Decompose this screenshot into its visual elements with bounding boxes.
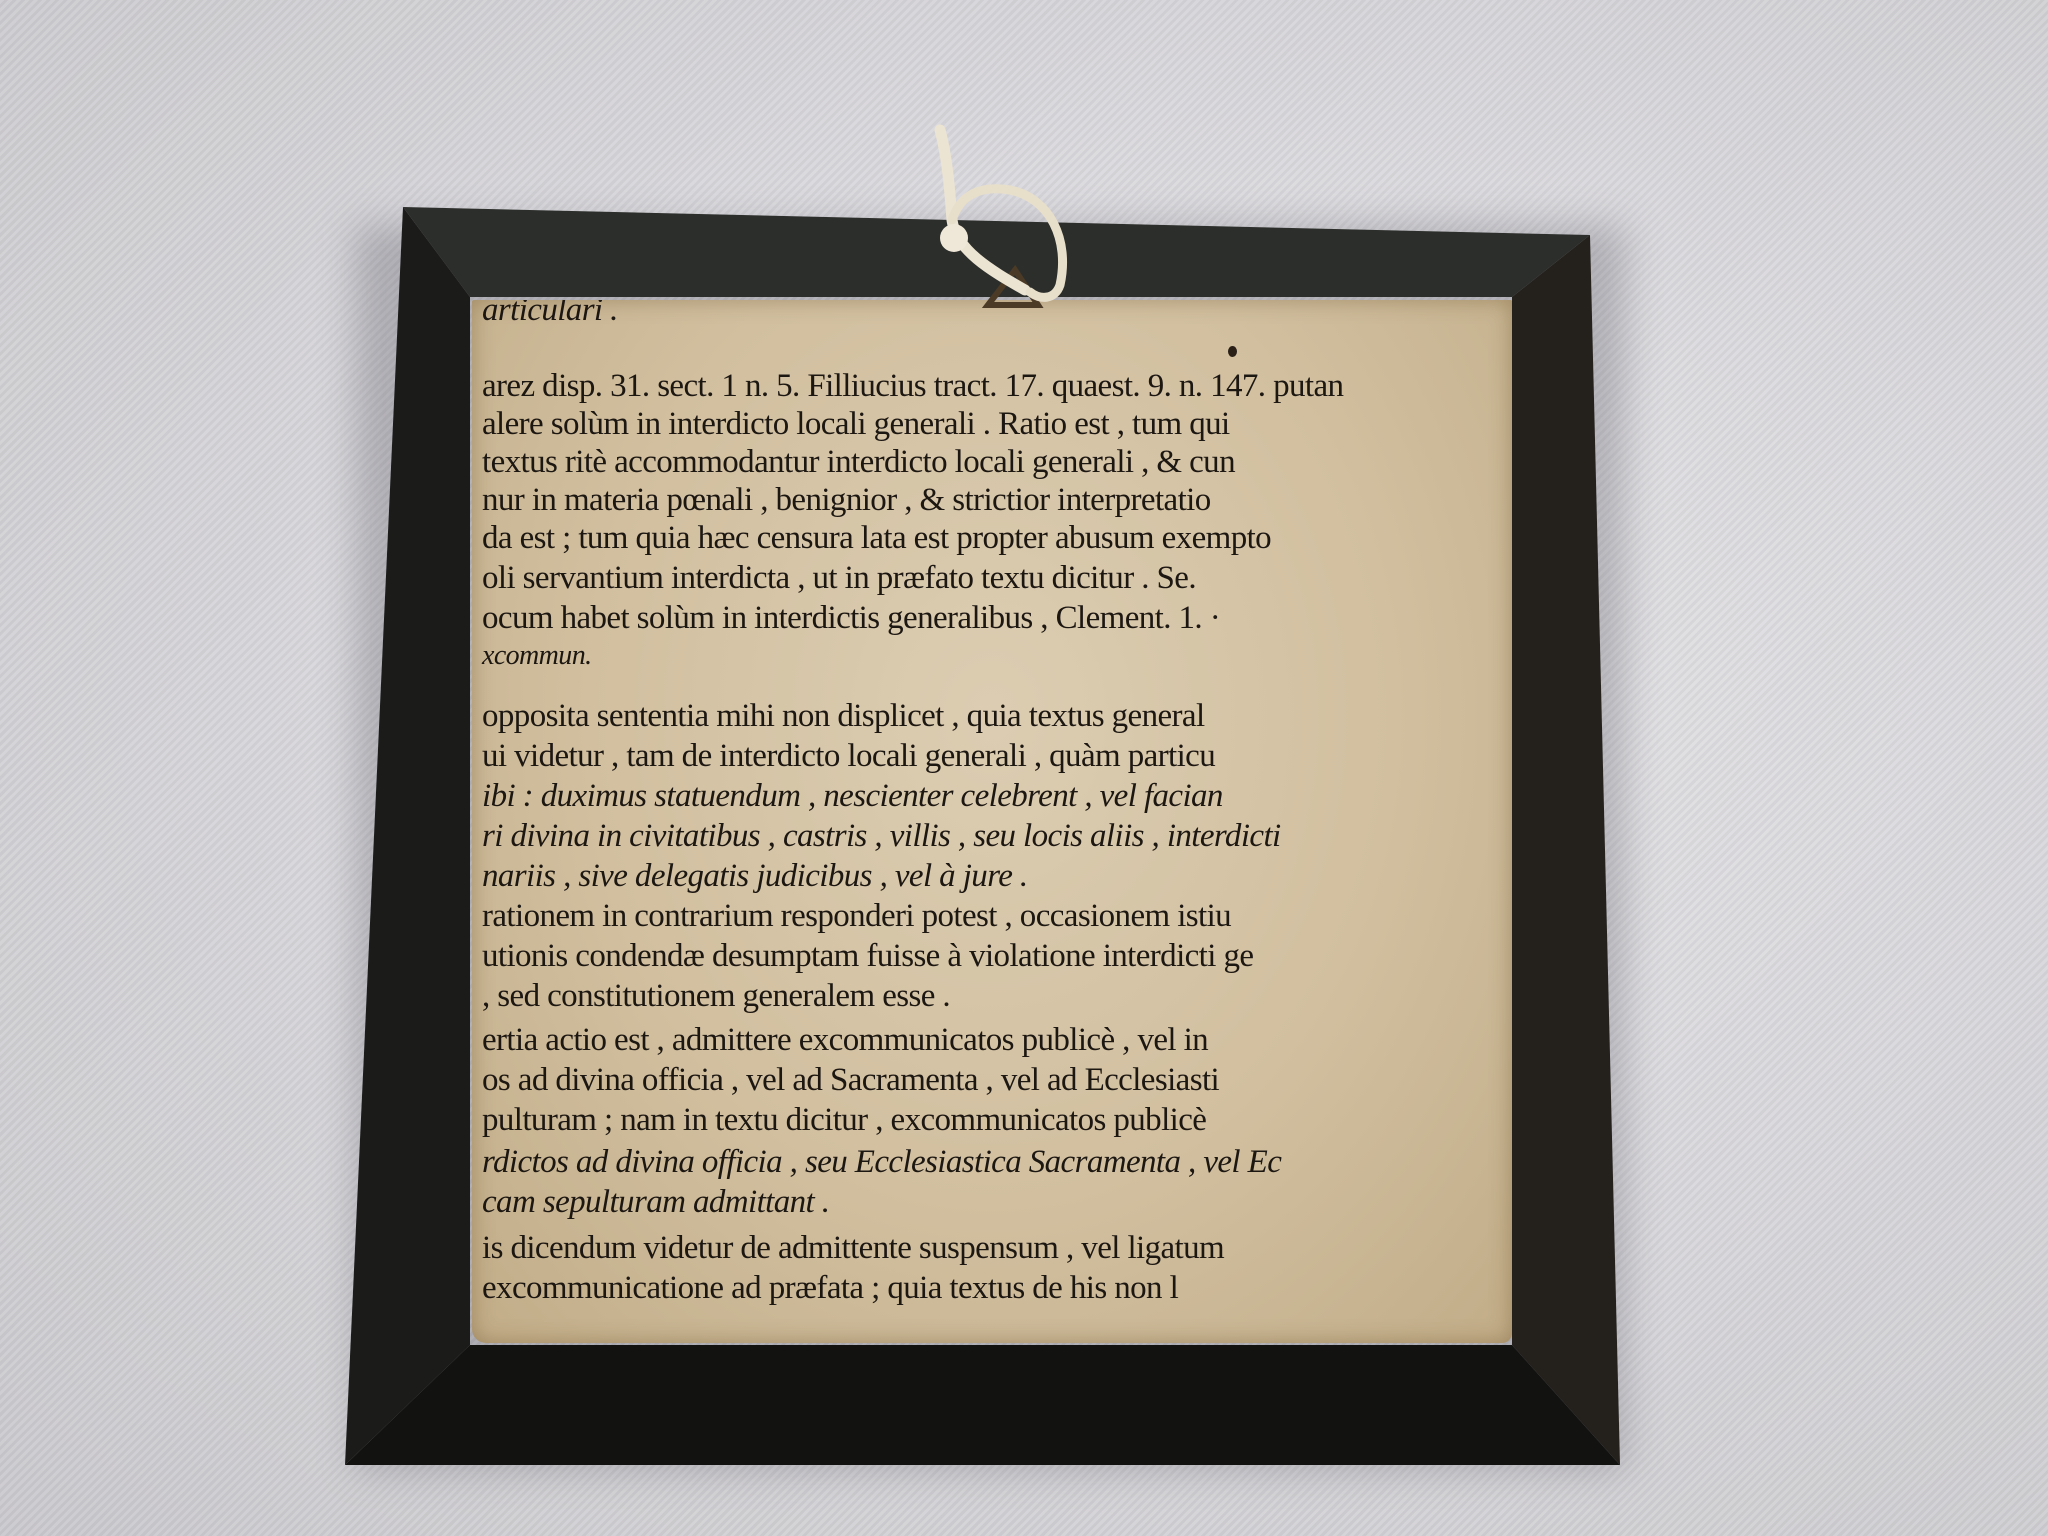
text-line: , sed constitutionem generalem esse .	[482, 980, 950, 1013]
text-line: is dicendum videtur de admittente suspen…	[482, 1232, 1224, 1265]
text-line: arez disp. 31. sect. 1 n. 5. Filliucius …	[482, 370, 1343, 403]
text-line: pulturam ; nam in textu dicitur , excomm…	[482, 1104, 1206, 1137]
text-line: os ad divina officia , vel ad Sacramenta…	[482, 1064, 1219, 1097]
text-line: cam sepulturam admittant .	[482, 1186, 829, 1219]
text-line: oli servantium interdicta , ut in præfat…	[482, 562, 1196, 595]
text-line: rationem in contrarium responderi potest…	[482, 900, 1231, 933]
text-line: opposita sententia mihi non displicet , …	[482, 700, 1205, 733]
text-line: da est ; tum quia hæc censura lata est p…	[482, 522, 1271, 555]
text-line: ri divina in civitatibus , castris , vil…	[482, 820, 1281, 853]
text-line: ui videtur , tam de interdicto locali ge…	[482, 740, 1215, 773]
text-line: ertia actio est , admittere excommunicat…	[482, 1024, 1208, 1057]
text-line: rdictos ad divina officia , seu Ecclesia…	[482, 1146, 1281, 1179]
text-line: textus ritè accommodantur interdicto loc…	[482, 446, 1235, 479]
text-line: nur in materia pœnali , benignior , & st…	[482, 484, 1211, 517]
text-line: ibi : duximus statuendum , nescienter ce…	[482, 780, 1223, 813]
text-line: utionis condendæ desumptam fuisse à viol…	[482, 940, 1253, 973]
text-line: excommunicatione ad præfata ; quia textu…	[482, 1272, 1178, 1305]
text-line: nariis , sive delegatis judicibus , vel …	[482, 860, 1028, 893]
printed-page-fragment: articulari . arez disp. 31. sect. 1 n. 5…	[472, 300, 1512, 1343]
text-line: xcommun.	[482, 642, 592, 670]
ink-spot	[1228, 346, 1237, 357]
text-line: articulari .	[482, 300, 618, 327]
string-hanger-icon	[920, 120, 1090, 320]
text-line: ocum habet solùm in interdictis generali…	[482, 602, 1220, 635]
text-line: alere solùm in interdicto locali general…	[482, 408, 1230, 441]
